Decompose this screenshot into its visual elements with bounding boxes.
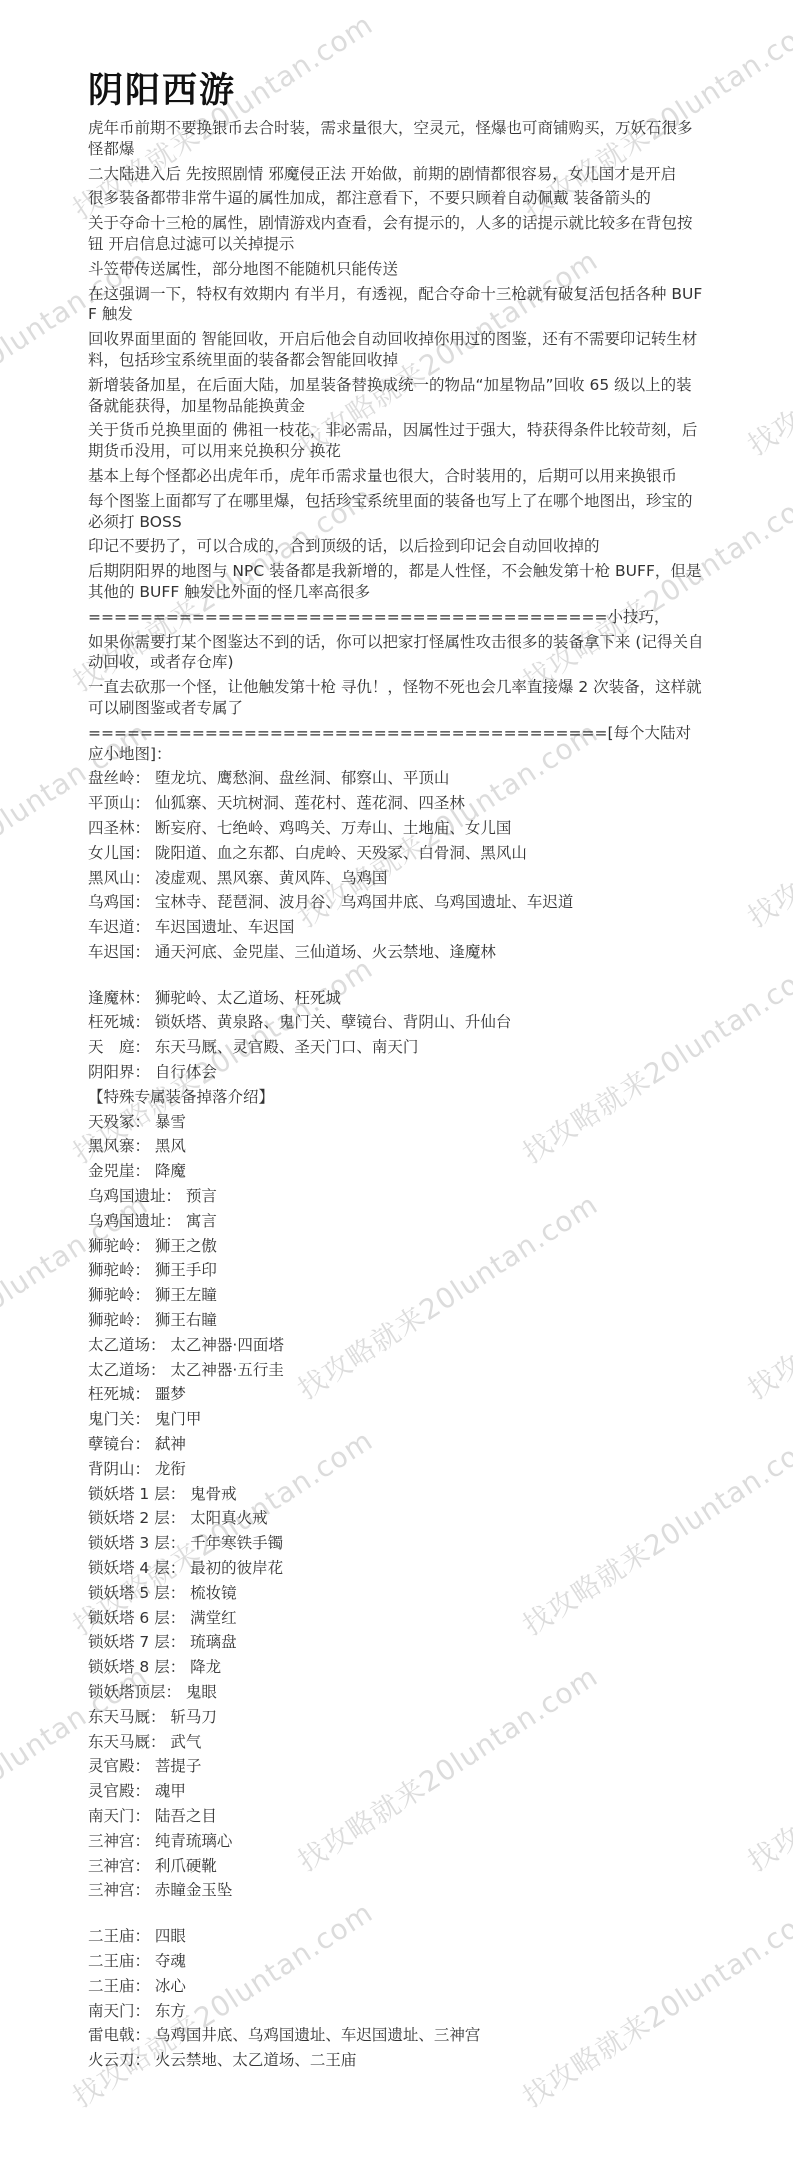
tip-paragraph: 如果你需要打某个图鉴达不到的话，你可以把家打怪属性攻击很多的装备拿下来 (记得关… — [88, 632, 704, 674]
drop-line: 东天马厩： 武气 — [88, 1732, 704, 1753]
divider-line: ========================================… — [88, 723, 704, 765]
drop-line: 雷电戟： 乌鸡国井底、乌鸡国遗址、车迟国遗址、三神宫 — [88, 2025, 704, 2046]
drop-line: 三神宫： 纯青琉璃心 — [88, 1831, 704, 1852]
drop-line: 锁妖塔 3 层： 千年寒铁手镯 — [88, 1533, 704, 1554]
page: 找攻略就来20luntan.com找攻略就来20luntan.com找攻略就来2… — [0, 0, 793, 2161]
watermark-text: 找攻略就来20luntan.com — [739, 239, 793, 463]
drop-line: 锁妖塔 2 层： 太阳真火戒 — [88, 1508, 704, 1529]
map-line: 车迟国： 通天河底、金兕崖、三仙道场、火云禁地、逢魔林 — [88, 942, 704, 963]
tip-paragraph: 在这强调一下，特权有效期内 有半月，有透视，配合夺命十三枪就有破复活包括各种 B… — [88, 284, 704, 326]
drop-line: 二王庙： 冰心 — [88, 1976, 704, 1997]
blank-line — [88, 1905, 704, 1926]
drop-line: 狮驼岭： 狮王之傲 — [88, 1236, 704, 1257]
drop-line: 三神宫： 利爪硬靴 — [88, 1856, 704, 1877]
drop-line: 南天门： 东方 — [88, 2001, 704, 2022]
map-line: 阴阳界： 自行体会 — [88, 1062, 704, 1083]
map-line: 天 庭： 东天马厩、灵官殿、圣天门口、南天门 — [88, 1037, 704, 1058]
drop-line: 锁妖塔 7 层： 琉璃盘 — [88, 1632, 704, 1653]
watermark-text: 找攻略就来20luntan.com — [739, 1655, 793, 1879]
map-line: 车迟道： 车迟国遗址、车迟国 — [88, 917, 704, 938]
drop-line: 太乙道场： 太乙神器·四面塔 — [88, 1335, 704, 1356]
drop-line: 灵官殿： 菩提子 — [88, 1756, 704, 1777]
drop-line: 灵官殿： 魂甲 — [88, 1781, 704, 1802]
drop-line: 锁妖塔 8 层： 降龙 — [88, 1657, 704, 1678]
divider-line: ========================================… — [88, 607, 704, 628]
drop-line: 三神宫： 赤瞳金玉坠 — [88, 1880, 704, 1901]
drop-line: 太乙道场： 太乙神器·五行圭 — [88, 1360, 704, 1381]
tip-paragraph: 每个图鉴上面都写了在哪里爆，包括珍宝系统里面的装备也写上了在哪个地图出，珍宝的必… — [88, 491, 704, 533]
page-title: 阴阳西游 — [88, 72, 704, 110]
watermark-text: 找攻略就来20luntan.com — [739, 1183, 793, 1407]
map-line: 枉死城： 锁妖塔、黄泉路、鬼门关、孽镜台、背阴山、升仙台 — [88, 1012, 704, 1033]
map-line: 盘丝岭： 堕龙坑、鹰愁涧、盘丝洞、郁察山、平顶山 — [88, 768, 704, 789]
tip-paragraph: 很多装备都带非常牛逼的属性加成，都注意看下，不要只顾着自动佩戴 装备箭头的 — [88, 188, 704, 209]
drop-line: 锁妖塔 1 层： 鬼骨戒 — [88, 1484, 704, 1505]
tip-paragraph: 新增装备加星，在后面大陆，加星装备替换成统一的物品“加星物品”回收 65 级以上… — [88, 375, 704, 417]
map-line: 黑风山： 凌虚观、黑风寨、黄风阵、乌鸡国 — [88, 868, 704, 889]
map-line: 乌鸡国： 宝林寺、琵琶洞、波月谷、乌鸡国井底、乌鸡国遗址、车迟道 — [88, 892, 704, 913]
article: 阴阳西游虎年币前期不要换银币去合时装，需求量很大，空灵元，怪爆也可商铺购买，万妖… — [88, 72, 704, 2075]
drop-line: 锁妖塔 5 层： 梳妆镜 — [88, 1583, 704, 1604]
drop-line: 金兕崖： 降魔 — [88, 1161, 704, 1182]
tip-paragraph: 回收界面里面的 智能回收，开启后他会自动回收掉你用过的图鉴，还有不需要印记转生材… — [88, 329, 704, 371]
drop-line: 狮驼岭： 狮王左瞳 — [88, 1285, 704, 1306]
drop-line: 锁妖塔顶层： 鬼眼 — [88, 1682, 704, 1703]
drop-line: 枉死城： 噩梦 — [88, 1384, 704, 1405]
drop-line: 鬼门关： 鬼门甲 — [88, 1409, 704, 1430]
drop-line: 狮驼岭： 狮王手印 — [88, 1260, 704, 1281]
drop-line: 二王庙： 夺魂 — [88, 1951, 704, 1972]
drop-line: 南天门： 陆吾之目 — [88, 1806, 704, 1827]
drop-line: 背阴山： 龙衔 — [88, 1459, 704, 1480]
tip-paragraph: 基本上每个怪都必出虎年币，虎年币需求量也很大，合时装用的，后期可以用来换银币 — [88, 466, 704, 487]
drop-line: 二王庙： 四眼 — [88, 1926, 704, 1947]
drop-line: 锁妖塔 6 层： 满堂红 — [88, 1608, 704, 1629]
blank-line — [88, 967, 704, 988]
tip-paragraph: 后期阴阳界的地图与 NPC 装备都是我新增的，都是人性怪，不会触发第十枪 BUF… — [88, 561, 704, 603]
map-line: 女儿国： 陇阳道、血之东都、白虎岭、天殁冢、白骨洞、黑风山 — [88, 843, 704, 864]
map-line: 平顶山： 仙狐寨、天坑树洞、莲花村、莲花洞、四圣林 — [88, 793, 704, 814]
section-header: 【特殊专属装备掉落介绍】 — [88, 1087, 704, 1108]
drop-line: 火云刀： 火云禁地、太乙道场、二王庙 — [88, 2050, 704, 2071]
tip-paragraph: 一直去砍那一个怪，让他触发第十枪 寻仇！，怪物不死也会几率直接爆 2 次装备，这… — [88, 677, 704, 719]
drop-line: 锁妖塔 4 层： 最初的彼岸花 — [88, 1558, 704, 1579]
tip-paragraph: 虎年币前期不要换银币去合时装，需求量很大，空灵元，怪爆也可商铺购买，万妖石很多怪… — [88, 118, 704, 160]
drop-line: 乌鸡国遗址： 预言 — [88, 1186, 704, 1207]
tip-paragraph: 斗笠带传送属性，部分地图不能随机只能传送 — [88, 259, 704, 280]
map-line: 逢魔林： 狮驼岭、太乙道场、枉死城 — [88, 988, 704, 1009]
drop-line: 狮驼岭： 狮王右瞳 — [88, 1310, 704, 1331]
map-line: 四圣林： 断妄府、七绝岭、鸡鸣关、万寿山、土地庙、女儿国 — [88, 818, 704, 839]
drop-line: 天殁冢： 暴雪 — [88, 1112, 704, 1133]
tip-paragraph: 关于货币兑换里面的 佛祖一枝花，非必需品，因属性过于强大，特获得条件比较苛刻，后… — [88, 420, 704, 462]
drop-line: 乌鸡国遗址： 寓言 — [88, 1211, 704, 1232]
drop-line: 东天马厩： 斩马刀 — [88, 1707, 704, 1728]
tip-paragraph: 关于夺命十三枪的属性，剧情游戏内查看，会有提示的，人多的话提示就比较多在背包按钮… — [88, 213, 704, 255]
drop-line: 孽镜台： 弑神 — [88, 1434, 704, 1455]
tip-paragraph: 二大陆进入后 先按照剧情 邪魔侵正法 开始做，前期的剧情都很容易，女儿国才是开启 — [88, 164, 704, 185]
drop-line: 黑风寨： 黑风 — [88, 1136, 704, 1157]
watermark-text: 找攻略就来20luntan.com — [739, 711, 793, 935]
tip-paragraph: 印记不要扔了，可以合成的，合到顶级的话，以后捡到印记会自动回收掉的 — [88, 536, 704, 557]
